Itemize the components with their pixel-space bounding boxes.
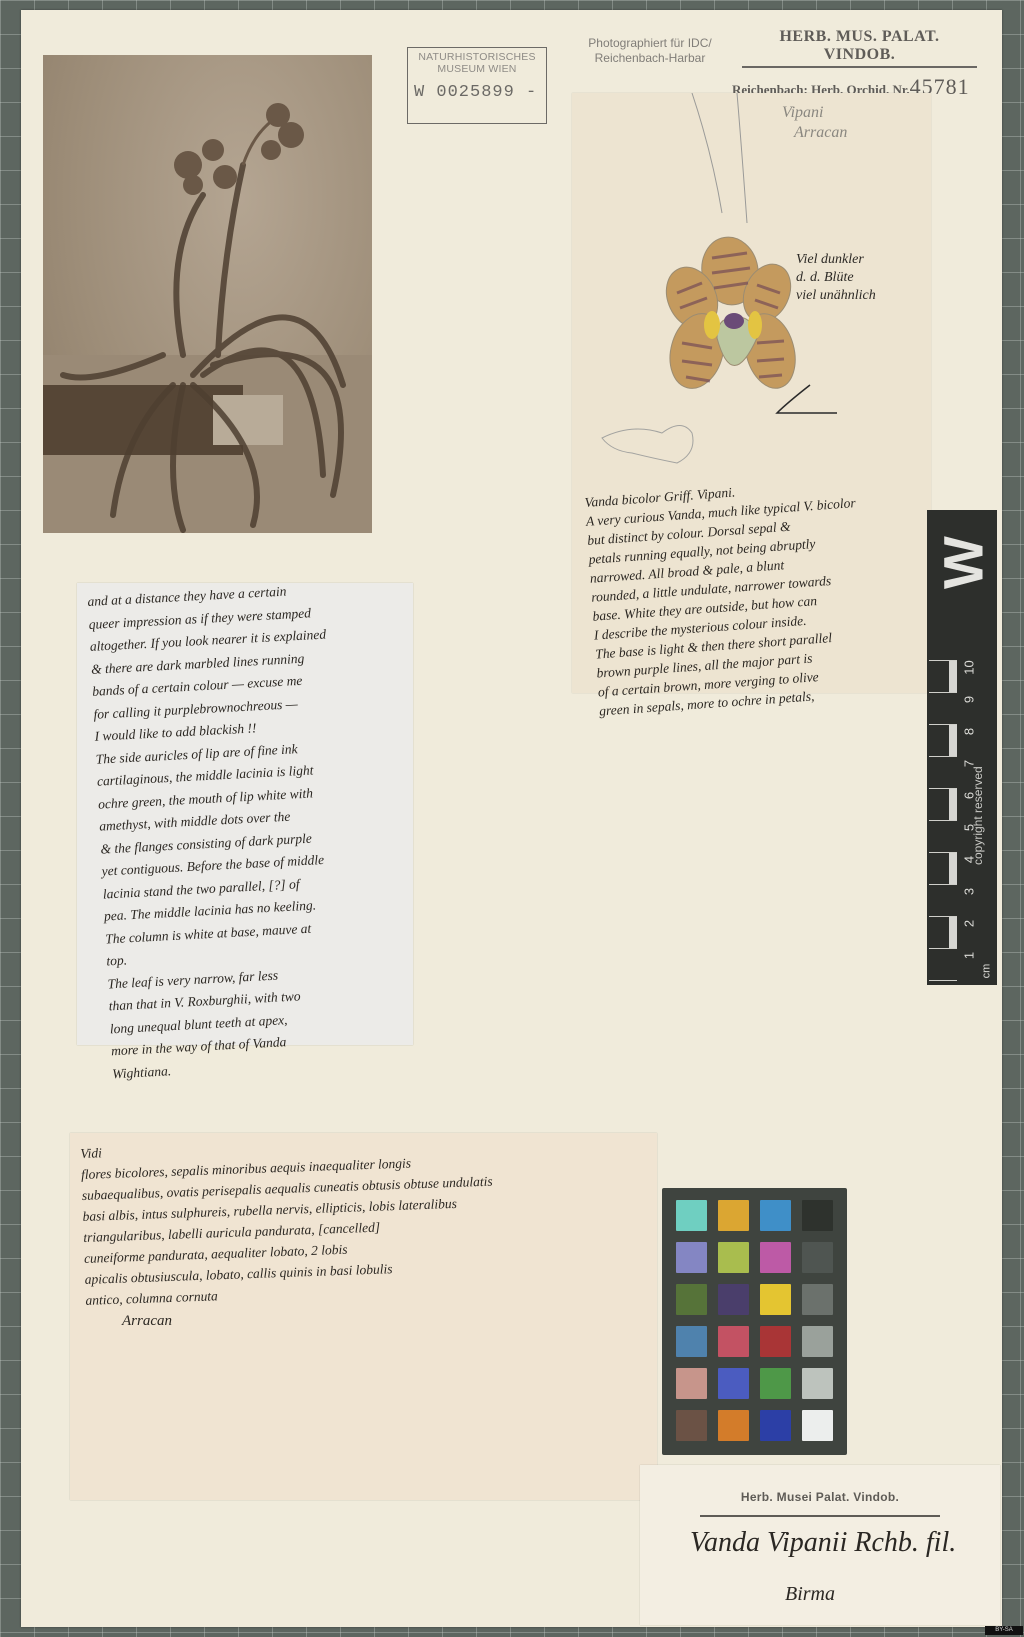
museum-stamp: NATURHISTORISCHES MUSEUM WIEN W 0025899 … [407,47,547,124]
color-patch [676,1368,707,1399]
watercolor-sketch-sheet: Vipani Arracan Viel dunkler d. d. Blüte [572,93,931,693]
scale-number: 10 [962,660,977,676]
locality: Birma [785,1583,835,1606]
side-note-line2: d. d. Blüte [796,269,876,287]
species-name: Vanda Vipanii Rchb. fil. [690,1527,956,1559]
scale-number: 3 [962,884,977,900]
orchid-flower-drawing [572,93,931,493]
scale-unit: cm [980,964,992,979]
color-patch [760,1200,791,1231]
label-rule [700,1515,940,1517]
color-patch [802,1284,833,1315]
scale-number: 2 [962,916,977,932]
scale-number: 7 [962,756,977,772]
orchid-plant-photo-image [43,55,372,533]
note-bottom-text: Vidi flores bicolores, sepalis minoribus… [80,1123,646,1310]
color-patch [676,1242,707,1273]
color-patch [676,1326,707,1357]
museum-name-line1: NATURHISTORISCHES [408,51,546,63]
color-patch [802,1200,833,1231]
note-signature: Arracan [122,1313,172,1330]
color-patch [718,1410,749,1441]
orchid-photograph [43,55,372,533]
scale-tick [929,852,957,853]
herbarium-header: HERB. MUS. PALAT. VINDOB. Reichenbach: H… [732,28,987,100]
color-patch [802,1326,833,1357]
barcode-number: W 0025899 - [414,83,546,102]
side-note-line3: viel unähnlich [796,287,876,305]
scale-white-segment [949,852,957,884]
color-patch [676,1410,707,1441]
scale-white-segment [949,788,957,820]
scale-white-segment [949,916,957,948]
color-patch [718,1200,749,1231]
scale-tick [929,980,957,981]
scale-tick [929,756,957,757]
scale-tick [929,788,957,789]
color-patch [760,1242,791,1273]
museum-name: NATURHISTORISCHES MUSEUM WIEN [408,51,546,75]
museum-name-line2: MUSEUM WIEN [408,63,546,75]
scale-logo: W [931,535,996,591]
note-left-text: and at a distance they have a certain qu… [87,574,432,1085]
herbarium-title: HERB. MUS. PALAT. VINDOB. [742,28,977,68]
handwritten-note-left: and at a distance they have a certain qu… [77,583,413,1045]
color-patch [760,1326,791,1357]
color-patch [718,1284,749,1315]
scale-tick [929,916,957,917]
scale-ticks [929,660,957,982]
scale-tick [929,884,957,885]
scale-white-segment [949,660,957,692]
color-patch [718,1368,749,1399]
color-patch [676,1284,707,1315]
scale-tick [929,820,957,821]
sketch-handwritten-description: Vanda bicolor Griff. Vipani. A very curi… [584,469,944,721]
determination-label: Herb. Musei Palat. Vindob. Vanda Vipanii… [640,1465,1000,1625]
color-patch [760,1410,791,1441]
sketch-side-note: Viel dunkler d. d. Blüte viel unähnlich [796,251,876,305]
copyright-text: copyright reserved [971,766,985,865]
label-header: Herb. Musei Palat. Vindob. [640,1490,1000,1504]
color-patch [760,1284,791,1315]
photographiert-stamp: Photographiert für IDC/ Reichenbach-Harb… [585,36,715,66]
scale-number: 6 [962,788,977,804]
color-calibration-chart [662,1188,847,1455]
scale-white-segment [949,724,957,756]
photographiert-line2: Reichenbach-Harbar [585,51,715,66]
color-patch [802,1242,833,1273]
scale-tick [929,660,957,661]
license-badge: BY-SA [985,1626,1023,1635]
scale-tick [929,724,957,725]
color-patch [718,1242,749,1273]
scale-number: 8 [962,724,977,740]
side-note-line1: Viel dunkler [796,251,876,269]
scale-number: 1 [962,948,977,964]
scale-number: 4 [962,852,977,868]
scale-tick [929,948,957,949]
color-patch [802,1410,833,1441]
scale-number: 5 [962,820,977,836]
scale-bar: W copyright reserved 10 9 8 7 6 5 4 3 2 … [927,510,997,985]
photographiert-line1: Photographiert für IDC/ [585,36,715,51]
color-patch [760,1368,791,1399]
color-patch [718,1326,749,1357]
scale-number: 9 [962,692,977,708]
color-patch [802,1368,833,1399]
color-patch [676,1200,707,1231]
scale-tick [929,692,957,693]
handwritten-note-latin: Vidi flores bicolores, sepalis minoribus… [70,1133,657,1500]
